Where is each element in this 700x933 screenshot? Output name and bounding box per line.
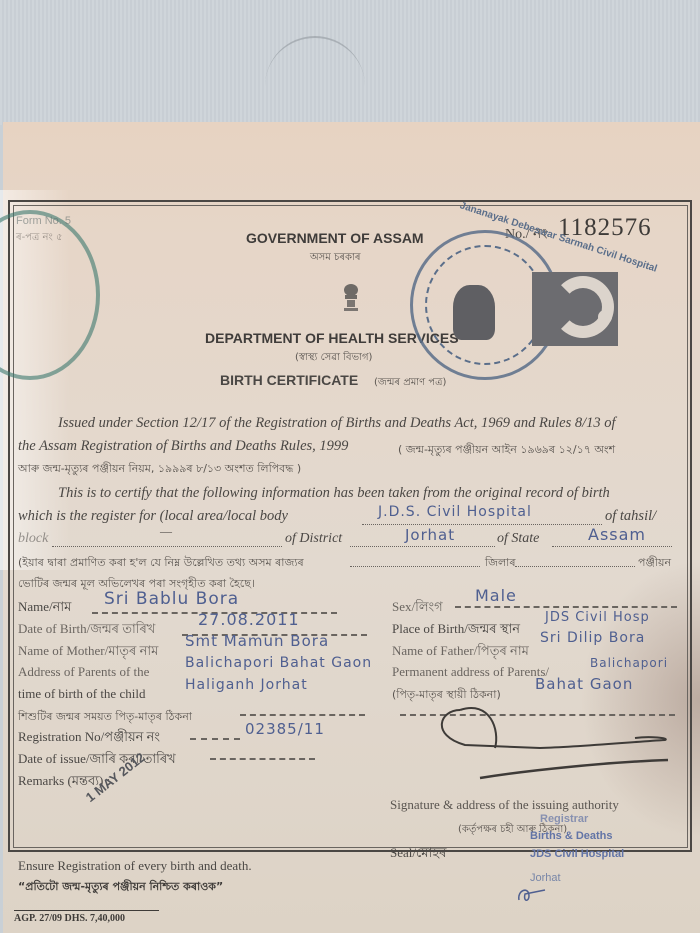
- registrar-stamp-line-3: JDS Civil Hospital: [530, 848, 624, 860]
- date-of-issue-label: Date of issue/জাৰি কৰা তাৰিখ: [18, 750, 176, 771]
- parents-address-label-1: Address of Parents of the: [18, 664, 149, 680]
- certify-line-2-prefix: which is the register for (local area/lo…: [18, 508, 288, 525]
- print-code: AGP. 27/09 DHS. 7,40,000: [14, 913, 125, 924]
- state-label: of State: [497, 531, 539, 547]
- footer-rule: [14, 910, 159, 911]
- government-title-bn: অসম চৰকাৰ: [310, 250, 361, 267]
- local-body-line: [362, 524, 602, 525]
- block-value: —: [160, 524, 172, 539]
- district-line: [350, 546, 495, 547]
- department-title-bn: (স্বাস্থ্য সেৱা বিভাগ): [295, 350, 372, 367]
- sex-label: Sex/লিংগ: [392, 598, 443, 619]
- parents-address-value-1: Balichapori Bahat Gaon: [185, 655, 372, 671]
- name-value: Sri Bablu Bora: [104, 589, 239, 609]
- initials-icon: [515, 882, 551, 904]
- state-line: [552, 546, 672, 547]
- form-number-bn: ৰ-পত্ৰ নং ৫: [16, 230, 63, 247]
- bn-line-2: [515, 566, 635, 567]
- preamble-line-2: the Assam Registration of Births and Dea…: [18, 438, 348, 455]
- parents-address-bn-line: [240, 714, 365, 716]
- mother-name-value: Smt Mamun Bora: [185, 632, 329, 650]
- father-name-value: Sri Dilip Bora: [540, 630, 645, 646]
- footer-slogan-bn: “প্ৰতিটো জন্ম-মৃত্যুৰ পঞ্জীয়ন নিশ্চিত ক…: [18, 878, 223, 897]
- sex-value: Male: [475, 586, 517, 605]
- footer-slogan: Ensure Registration of every birth and d…: [18, 858, 252, 874]
- permanent-address-label: Permanent address of Parents/: [392, 664, 549, 680]
- local-body-value: J.D.S. Civil Hospital: [378, 504, 532, 520]
- sex-line: [455, 606, 677, 608]
- name-label: Name/নাম: [18, 598, 71, 619]
- place-of-birth-label: Place of Birth/জন্মৰ স্থান: [392, 620, 520, 641]
- certificate-title-bn: (জন্মৰ প্ৰমাণ পত্ৰ): [374, 375, 446, 392]
- parents-address-label-bn: শিশুটিৰ জন্মৰ সময়ত পিতৃ-মাতৃৰ ঠিকনা: [18, 708, 192, 727]
- block-line: [52, 546, 282, 547]
- parents-address-value-2: Haliganh Jorhat: [185, 677, 308, 693]
- district-label: of District: [285, 531, 342, 547]
- registrar-stamp-line-2: Births & Deaths: [530, 830, 613, 842]
- preamble-line-1: Issued under Section 12/17 of the Regist…: [58, 415, 616, 432]
- health-logo-dot: [598, 310, 612, 324]
- registrar-stamp-line-1: Registrar: [540, 813, 588, 825]
- date-of-issue-line: [210, 758, 315, 760]
- certify-line-2-suffix: of tahsil/: [605, 508, 656, 525]
- district-value: Jorhat: [405, 526, 455, 544]
- certify-line-4-bn-mid: জিলাৰ: [485, 554, 516, 573]
- mother-name-label: Name of Mother/মাতৃৰ নাম: [18, 642, 158, 663]
- dob-label: Date of Birth/জন্মৰ তাৰিখ: [18, 620, 155, 641]
- government-title: GOVERNMENT OF ASSAM: [246, 230, 424, 246]
- father-name-label: Name of Father/পিতৃৰ নাম: [392, 642, 529, 663]
- registration-no-value: 02385/11: [245, 720, 325, 738]
- registration-no-label: Registration No/পঞ্জীয়ন নং: [18, 728, 160, 749]
- certify-line-4-bn-end: পঞ্জীয়ন: [638, 554, 671, 573]
- certify-line-1: This is to certify that the following in…: [58, 485, 610, 502]
- signature-label: Signature & address of the issuing autho…: [390, 797, 619, 813]
- parents-address-label-2: time of birth of the child: [18, 686, 145, 702]
- signature-icon: [430, 700, 670, 780]
- permanent-address-value-2: Bahat Gaon: [535, 675, 633, 693]
- certify-line-4-bn: (ইয়াৰ দ্বাৰা প্ৰমাণিত কৰা হ'ল যে নিম্ন …: [18, 554, 304, 573]
- permanent-address-value-1: Balichapori: [590, 656, 668, 670]
- preamble-line-3-bn: আৰু জন্ম-মৃত্যুৰ পঞ্জীয়ন নিয়ম, ১৯৯৯ৰ ৮…: [18, 460, 301, 479]
- certificate-title: BIRTH CERTIFICATE: [220, 372, 358, 388]
- state-value: Assam: [588, 525, 646, 544]
- stamp-emblem-icon: [453, 285, 495, 340]
- dob-value: 27.08.2011: [198, 610, 300, 629]
- seal-label: Seal/মোহৰ: [390, 844, 446, 865]
- national-emblem-icon: [340, 282, 362, 314]
- health-logo-ring: [552, 276, 614, 338]
- form-number: Form No. 5: [16, 215, 71, 227]
- bn-line-1: [350, 566, 480, 567]
- preamble-line-2-bn: ( জন্ম-মৃত্যুৰ পঞ্জীয়ন আইন ১৯৬৯ৰ ১২/১৭ …: [398, 441, 615, 460]
- place-of-birth-value: JDS Civil Hosp: [545, 610, 650, 625]
- block-label: block: [18, 531, 48, 547]
- registration-no-line: [190, 738, 240, 740]
